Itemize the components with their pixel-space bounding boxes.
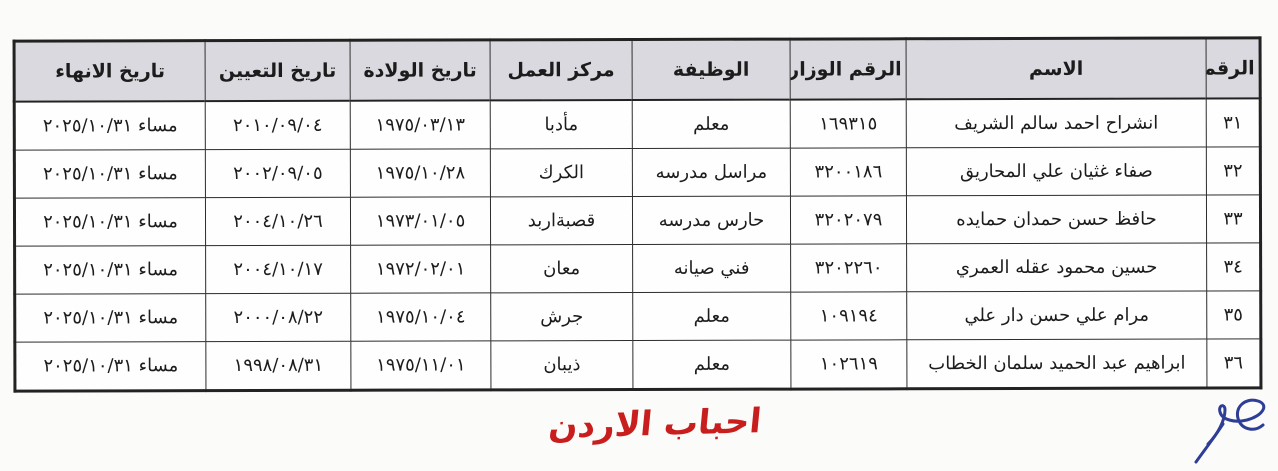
table-row: ٣٢ صفاء غثيان علي المحاريق ٣٢٠٠١٨٦ مراسل… bbox=[14, 147, 1260, 198]
birth-date-cell: ١٩٧٢/٠٢/٠١ bbox=[351, 245, 491, 293]
name-cell: مرام علي حسن دار علي bbox=[907, 291, 1207, 340]
header-appointment-date: تاريخ التعيين bbox=[205, 40, 350, 101]
ministry-number-cell: ٣٢٠٠١٨٦ bbox=[790, 148, 906, 196]
table-row: ٣٤ حسين محمود عقله العمري ٣٢٠٢٢٦٠ فني صي… bbox=[15, 243, 1261, 294]
red-watermark-text: احباب الاردن bbox=[533, 401, 778, 447]
handwritten-signature bbox=[1190, 396, 1274, 470]
end-date-cell: مساء ٢٠٢٥/١٠/٣١ bbox=[15, 342, 206, 391]
table-row: ٣٦ ابراهيم عبد الحميد سلمان الخطاب ١٠٢٦١… bbox=[15, 339, 1261, 391]
work-center-cell: ذيبان bbox=[491, 341, 633, 390]
job-cell: حارس مدرسه bbox=[632, 196, 790, 244]
end-date-cell: مساء ٢٠٢٥/١٠/٣١ bbox=[14, 198, 205, 246]
name-cell: صفاء غثيان علي المحاريق bbox=[906, 147, 1206, 196]
scanned-document-page: الرقم الاسم الرقم الوزاري الوظيفة مركز ا… bbox=[0, 0, 1278, 471]
ministry-number-cell: ٣٢٠٢٢٦٠ bbox=[791, 244, 907, 292]
name-cell: انشراح احمد سالم الشريف bbox=[906, 99, 1206, 148]
birth-date-cell: ١٩٧٥/١٠/٢٨ bbox=[350, 149, 490, 197]
header-job-title: الوظيفة bbox=[632, 39, 790, 100]
appointment-date-cell: ٢٠١٠/٠٩/٠٤ bbox=[205, 101, 350, 150]
birth-date-cell: ١٩٧٥/١٠/٠٤ bbox=[351, 293, 491, 341]
name-cell: حافظ حسن حمدان حمايده bbox=[906, 195, 1206, 244]
work-center-cell: مأدبا bbox=[490, 100, 632, 149]
appointment-date-cell: ٢٠٠٤/١٠/٢٦ bbox=[205, 197, 350, 245]
birth-date-cell: ١٩٧٥/٠٣/١٣ bbox=[350, 100, 490, 149]
end-date-cell: مساء ٢٠٢٥/١٠/٣١ bbox=[15, 246, 206, 294]
header-number: الرقم bbox=[1206, 38, 1260, 99]
employee-roster-table-wrap: الرقم الاسم الرقم الوزاري الوظيفة مركز ا… bbox=[16, 36, 1263, 392]
header-ministry-number: الرقم الوزاري bbox=[790, 39, 906, 100]
work-center-cell: الكرك bbox=[490, 149, 632, 197]
appointment-date-cell: ١٩٩٨/٠٨/٣١ bbox=[206, 341, 351, 390]
end-date-cell: مساء ٢٠٢٥/١٠/٣١ bbox=[15, 294, 206, 342]
job-cell: مراسل مدرسه bbox=[632, 148, 790, 196]
work-center-cell: معان bbox=[491, 245, 633, 293]
work-center-cell: قصبةاربد bbox=[490, 197, 632, 245]
name-cell: ابراهيم عبد الحميد سلمان الخطاب bbox=[907, 339, 1207, 389]
employee-roster-table: الرقم الاسم الرقم الوزاري الوظيفة مركز ا… bbox=[13, 36, 1263, 392]
row-number-cell: ٣٢ bbox=[1206, 147, 1260, 195]
row-number-cell: ٣٥ bbox=[1207, 291, 1261, 339]
header-end-date: تاريخ الانهاء bbox=[14, 41, 205, 102]
ministry-number-cell: ١٠٩١٩٤ bbox=[791, 292, 907, 340]
job-cell: معلم bbox=[632, 100, 790, 149]
appointment-date-cell: ٢٠٠٢/٠٩/٠٥ bbox=[205, 149, 350, 197]
header-birth-date: تاريخ الولادة bbox=[350, 40, 490, 101]
row-number-cell: ٣٦ bbox=[1207, 339, 1261, 388]
ministry-number-cell: ١٦٩٣١٥ bbox=[790, 99, 906, 148]
table-row: ٣٥ مرام علي حسن دار علي ١٠٩١٩٤ معلم جرش … bbox=[15, 291, 1261, 342]
work-center-cell: جرش bbox=[491, 293, 633, 341]
appointment-date-cell: ٢٠٠٤/١٠/١٧ bbox=[206, 245, 351, 293]
table-row: ٣٣ حافظ حسن حمدان حمايده ٣٢٠٢٠٧٩ حارس مد… bbox=[14, 195, 1260, 246]
signature-strokes bbox=[1196, 400, 1264, 462]
table-header-row: الرقم الاسم الرقم الوزاري الوظيفة مركز ا… bbox=[14, 38, 1260, 102]
name-cell: حسين محمود عقله العمري bbox=[907, 243, 1207, 292]
row-number-cell: ٣١ bbox=[1206, 98, 1260, 147]
row-number-cell: ٣٤ bbox=[1207, 243, 1261, 291]
ministry-number-cell: ٣٢٠٢٠٧٩ bbox=[790, 196, 906, 244]
appointment-date-cell: ٢٠٠٠/٠٨/٢٢ bbox=[206, 293, 351, 341]
job-cell: معلم bbox=[633, 340, 791, 389]
end-date-cell: مساء ٢٠٢٥/١٠/٣١ bbox=[14, 101, 205, 150]
header-name: الاسم bbox=[906, 38, 1206, 99]
ministry-number-cell: ١٠٢٦١٩ bbox=[791, 340, 907, 389]
job-cell: فني صيانه bbox=[633, 244, 791, 292]
birth-date-cell: ١٩٧٣/٠١/٠٥ bbox=[350, 197, 490, 245]
table-row: ٣١ انشراح احمد سالم الشريف ١٦٩٣١٥ معلم م… bbox=[14, 98, 1260, 150]
birth-date-cell: ١٩٧٥/١١/٠١ bbox=[351, 341, 491, 390]
job-cell: معلم bbox=[633, 292, 791, 340]
row-number-cell: ٣٣ bbox=[1206, 195, 1260, 243]
header-work-center: مركز العمل bbox=[490, 40, 632, 101]
end-date-cell: مساء ٢٠٢٥/١٠/٣١ bbox=[14, 150, 205, 198]
